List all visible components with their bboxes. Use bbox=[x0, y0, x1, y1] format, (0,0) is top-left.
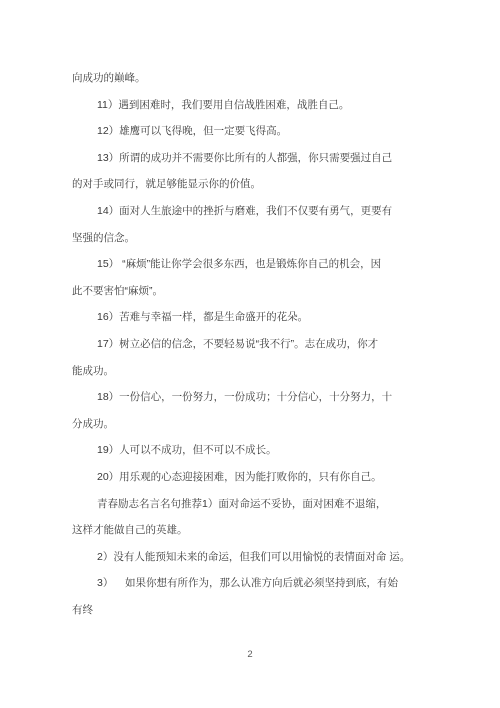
text-line: 能成功。 bbox=[72, 358, 432, 385]
text-line: 18）一份信心，一份努力，一份成功；十分信心，十分努力，十 bbox=[72, 384, 432, 411]
text-line: 向成功的巅峰。 bbox=[72, 65, 432, 92]
text-line: 16）苦难与幸福一样，都是生命盛开的花朵。 bbox=[72, 304, 432, 331]
text-line: 这样才能做自己的英雄。 bbox=[72, 517, 432, 544]
text-line: 15） “麻烦”能让你学会很多东西，也是锻炼你自己的机会，因 bbox=[72, 251, 432, 278]
document-body: 向成功的巅峰。11）遇到困难时，我们要用自信战胜困难，战胜自己。12）雄鹰可以飞… bbox=[72, 65, 432, 623]
text-line: 有终 bbox=[72, 597, 432, 624]
text-line: 14）面对人生旅途中的挫折与磨难，我们不仅要有勇气，更要有 bbox=[72, 198, 432, 225]
text-line: 20）用乐观的心态迎接困难，因为能打败你的，只有你自己。 bbox=[72, 464, 432, 491]
text-line: 13）所谓的成功并不需要你比所有的人都强，你只需要强过自己 bbox=[72, 145, 432, 172]
text-line: 19）人可以不成功，但不可以不成长。 bbox=[72, 437, 432, 464]
text-line: 11）遇到困难时，我们要用自信战胜困难，战胜自己。 bbox=[72, 92, 432, 119]
text-line: 分成功。 bbox=[72, 411, 432, 438]
text-line: 此不要害怕“麻烦”。 bbox=[72, 278, 432, 305]
text-line: 12）雄鹰可以飞得晚，但一定要飞得高。 bbox=[72, 118, 432, 145]
text-line: 的对手或同行，就足够能显示你的价值。 bbox=[72, 171, 432, 198]
text-line: 2）没有人能预知未来的命运，但我们可以用愉悦的表情面对命 运。 bbox=[72, 544, 432, 571]
page-number: 2 bbox=[0, 649, 500, 660]
text-line: 3） 如果你想有所作为，那么认准方向后就必须坚持到底，有始 bbox=[72, 570, 432, 597]
document-page: 向成功的巅峰。11）遇到困难时，我们要用自信战胜困难，战胜自己。12）雄鹰可以飞… bbox=[0, 0, 500, 708]
text-line: 坚强的信念。 bbox=[72, 225, 432, 252]
text-line: 17）树立必信的信念，不要轻易说“我不行”。志在成功，你才 bbox=[72, 331, 432, 358]
text-line: 青春励志名言名句推荐1）面对命运不妥协，面对困难不退缩， bbox=[72, 491, 432, 518]
